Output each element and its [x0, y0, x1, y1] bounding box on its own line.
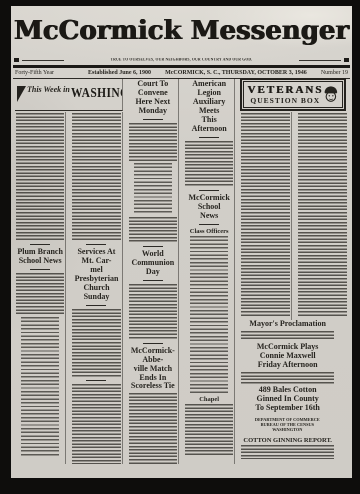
subhead-chapel: Chapel: [185, 396, 233, 403]
article-divider: [86, 305, 106, 306]
issue-number-label: Number 19: [321, 70, 348, 76]
dateline-row: Forty-Fifth Year Established June 6, 190…: [15, 70, 348, 76]
veterans-subtitle-label: QUESTION BOX: [247, 96, 323, 105]
headline-match: McCormick-Abbe- ville Match Ends In Scor…: [129, 347, 177, 392]
article-divider: [199, 137, 219, 138]
name-list-block: [190, 236, 228, 394]
text-block: [129, 284, 177, 340]
column-4: American Legion Auxiliary Meets This Aft…: [184, 78, 235, 464]
motto-rule-left: [22, 60, 64, 61]
text-block: [129, 393, 177, 464]
column-5: [240, 112, 291, 320]
washington-script-label: This Week in: [27, 86, 70, 94]
headline-legion: American Legion Auxiliary Meets This Aft…: [185, 80, 233, 134]
article-divider: [86, 244, 106, 245]
article-divider: [143, 246, 163, 247]
text-block: [185, 404, 233, 456]
headline-plum-branch: Plum Branch School News: [16, 248, 64, 266]
column-3: Court To Convene Here Next Monday World …: [128, 78, 179, 464]
text-block: [298, 113, 347, 317]
text-block: [72, 309, 120, 377]
text-block: [129, 123, 177, 161]
name-list-block: [21, 317, 59, 457]
article-divider: [30, 269, 50, 270]
veterans-feature-box: VETERANS QUESTION BOX: [240, 78, 346, 111]
text-block: [241, 372, 334, 384]
text-block: [129, 217, 177, 243]
motto-text: TRUE TO OURSELVES, OUR NEIGHBORS, OUR CO…: [111, 58, 253, 62]
established-label: Established June 6, 1900: [88, 70, 151, 76]
masthead-rule-heavy: [13, 65, 350, 68]
newspaper-scan: McCormick Messenger TRUE TO OURSELVES, O…: [0, 0, 360, 494]
text-block: [185, 141, 233, 187]
bottom-right-region: Mayor's Proclamation McCormick Plays Con…: [240, 320, 348, 464]
newspaper-page: McCormick Messenger TRUE TO OURSELVES, O…: [11, 6, 352, 478]
text-block: [241, 445, 334, 459]
headline-plays: McCormick Plays Connie Maxwell Friday Af…: [241, 343, 334, 370]
subhead-class-officers: Class Officers: [185, 228, 233, 235]
article-divider: [199, 190, 219, 191]
motto-rule-right: [299, 60, 341, 61]
headline-mayor: Mayor's Proclamation: [241, 320, 334, 329]
headline-mt-carmel: Services At Mt. Car- mel Presbyterian Ch…: [72, 248, 120, 302]
volume-label: Forty-Fifth Year: [15, 70, 54, 76]
washington-feature-box: This Week in WASHINGTON: [15, 78, 123, 111]
article-divider: [30, 244, 50, 245]
headline-school-news: McCormick School News: [185, 194, 233, 221]
column-2: Services At Mt. Car- mel Presbyterian Ch…: [71, 112, 122, 464]
veterans-title-label: VETERANS: [247, 85, 323, 96]
headline-cotton: 489 Bales Cotton Ginned In County To Sep…: [241, 386, 334, 413]
newspaper-title: McCormick Messenger: [11, 13, 352, 49]
headline-communion: World Communion Day: [129, 250, 177, 277]
text-block: [72, 384, 120, 464]
article-divider: [143, 343, 163, 344]
article-divider: [86, 380, 106, 381]
date-place-label: McCORMICK, S. C., THURSDAY, OCTOBER 3, 1…: [151, 70, 321, 76]
column-1: Plum Branch School News: [15, 112, 66, 464]
article-divider: [199, 224, 219, 225]
name-list-block: [134, 163, 172, 215]
text-block: [72, 113, 120, 241]
column-6: [297, 112, 348, 320]
text-block: [241, 113, 289, 317]
motto-row: TRUE TO OURSELVES, OUR NEIGHBORS, OUR CO…: [14, 57, 349, 63]
article-divider: [143, 280, 163, 281]
page-columns: This Week in WASHINGTON VETERANS QUESTIO…: [15, 78, 348, 464]
census-address-lines: DEPARTMENT OF COMMERCE BUREAU OF THE CEN…: [254, 418, 321, 433]
subhead-ginning-report: COTTON GINNING REPORT.: [241, 437, 334, 444]
soldier-face-icon: [323, 84, 339, 106]
headline-court: Court To Convene Here Next Monday: [129, 80, 177, 116]
text-block: [241, 331, 334, 341]
article-divider: [143, 119, 163, 120]
veterans-titles: VETERANS QUESTION BOX: [247, 85, 323, 105]
text-block: [16, 113, 64, 241]
corner-ornament: [17, 86, 26, 102]
ornament-square-left: [14, 58, 19, 62]
text-block: [16, 273, 64, 315]
ornament-square-right: [344, 58, 349, 62]
washington-title-label: WASHINGTON: [71, 86, 123, 102]
masthead: McCormick Messenger: [11, 6, 352, 57]
